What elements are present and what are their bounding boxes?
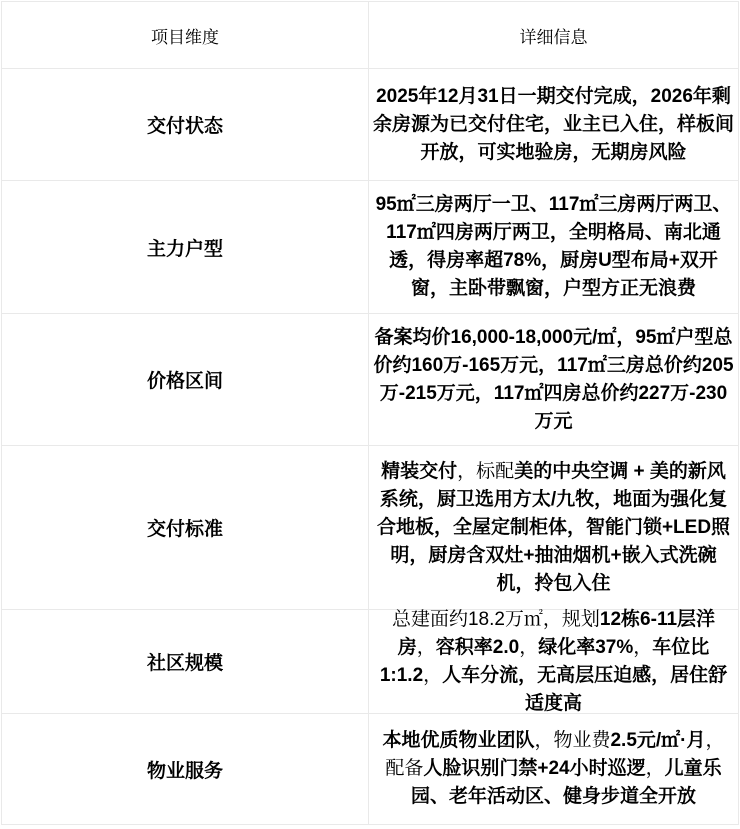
- row-detail-cell: 精装交付，标配美的中央空调 + 美的新风系统，厨卫选用方太/九牧，地面为强化复合…: [369, 446, 738, 609]
- detail-text-segment: 绿化率37%: [538, 637, 633, 658]
- header-label-details: 详细信息: [520, 23, 588, 48]
- row-detail-text: 本地优质物业团队，物业费2.5元/㎡·月，配备人脸识别门禁+24小时巡逻，儿童乐…: [373, 727, 734, 811]
- row-detail-text: 2025年12月31日一期交付完成，2026年剩余房源为已交付住宅，业主已入住，…: [373, 83, 734, 167]
- row-label-cell: 交付标准: [2, 446, 369, 609]
- row-detail-cell: 备案均价16,000-18,000元/㎡，95㎡户型总价约160万-165万元，…: [369, 314, 738, 445]
- row-detail-text: 总建面约18.2万㎡，规划12栋6-11层洋房，容积率2.0，绿化率37%，车位…: [373, 606, 734, 718]
- table-row: 交付状态 2025年12月31日一期交付完成，2026年剩余房源为已交付住宅，业…: [2, 69, 738, 181]
- row-detail-text: 95㎡三房两厅一卫、117㎡三房两厅两卫、117㎡四房两厅两卫，全明格局、南北通…: [373, 191, 734, 303]
- table-row: 主力户型 95㎡三房两厅一卫、117㎡三房两厅两卫、117㎡四房两厅两卫，全明格…: [2, 181, 738, 314]
- detail-text-segment: ，: [646, 758, 665, 779]
- detail-text-segment: 人脸识别门禁+24小时巡逻: [423, 758, 645, 779]
- detail-text-segment: ，: [417, 637, 436, 658]
- header-cell-details: 详细信息: [369, 2, 738, 68]
- row-label-cell: 社区规模: [2, 610, 369, 713]
- row-label: 交付标准: [147, 514, 223, 541]
- detail-text-segment: 人车分流，无高层压迫感，居住舒适度高: [442, 665, 727, 714]
- table-header-row: 项目维度 详细信息: [2, 2, 738, 69]
- row-detail-text: 精装交付，标配美的中央空调 + 美的新风系统，厨卫选用方太/九牧，地面为强化复合…: [373, 458, 734, 598]
- row-label: 交付状态: [147, 111, 223, 138]
- row-detail-cell: 总建面约18.2万㎡，规划12栋6-11层洋房，容积率2.0，绿化率37%，车位…: [369, 610, 738, 713]
- detail-text-segment: 95㎡三房两厅一卫、117㎡三房两厅两卫、117㎡四房两厅两卫，全明格局、南北通…: [376, 194, 732, 299]
- row-label: 价格区间: [147, 366, 223, 393]
- table-row: 交付标准 精装交付，标配美的中央空调 + 美的新风系统，厨卫选用方太/九牧，地面…: [2, 446, 738, 610]
- detail-text-segment: ，: [633, 637, 652, 658]
- detail-text-segment: ，: [519, 637, 538, 658]
- project-info-table: 项目维度 详细信息 交付状态 2025年12月31日一期交付完成，2026年剩余…: [1, 1, 739, 825]
- row-label: 物业服务: [147, 756, 223, 783]
- detail-text-segment: 本地优质物业团队: [382, 730, 534, 751]
- detail-text-segment: 2025年12月31日一期交付完成，2026年剩余房源为已交付住宅，业主已入住，…: [373, 86, 734, 163]
- row-detail-cell: 本地优质物业团队，物业费2.5元/㎡·月，配备人脸识别门禁+24小时巡逻，儿童乐…: [369, 714, 738, 824]
- row-label-cell: 主力户型: [2, 181, 369, 313]
- row-label: 主力户型: [147, 234, 223, 261]
- table-row: 价格区间 备案均价16,000-18,000元/㎡，95㎡户型总价约160万-1…: [2, 314, 738, 446]
- detail-text-segment: 精装交付: [381, 461, 457, 482]
- detail-text-segment: 备案均价16,000-18,000元/㎡，95㎡户型总价约160万-165万元，…: [373, 327, 733, 432]
- detail-text-segment: ，标配: [457, 461, 514, 482]
- detail-text-segment: 容积率2.0: [436, 637, 519, 658]
- row-label-cell: 交付状态: [2, 69, 369, 180]
- header-cell-dimension: 项目维度: [2, 2, 369, 68]
- detail-text-segment: 总建面约18.2万㎡，规划: [392, 609, 600, 630]
- header-label-dimension: 项目维度: [151, 23, 219, 48]
- row-label: 社区规模: [147, 648, 223, 675]
- row-detail-text: 备案均价16,000-18,000元/㎡，95㎡户型总价约160万-165万元，…: [373, 324, 734, 436]
- detail-text-segment: ，物业费: [534, 730, 610, 751]
- row-detail-cell: 2025年12月31日一期交付完成，2026年剩余房源为已交付住宅，业主已入住，…: [369, 69, 738, 180]
- row-label-cell: 物业服务: [2, 714, 369, 824]
- row-detail-cell: 95㎡三房两厅一卫、117㎡三房两厅两卫、117㎡四房两厅两卫，全明格局、南北通…: [369, 181, 738, 313]
- row-label-cell: 价格区间: [2, 314, 369, 445]
- detail-text-segment: 2.5元/㎡·月: [610, 730, 705, 751]
- table-row: 物业服务 本地优质物业团队，物业费2.5元/㎡·月，配备人脸识别门禁+24小时巡…: [2, 714, 738, 824]
- table-row: 社区规模 总建面约18.2万㎡，规划12栋6-11层洋房，容积率2.0，绿化率3…: [2, 610, 738, 714]
- detail-text-segment: ，: [423, 665, 442, 686]
